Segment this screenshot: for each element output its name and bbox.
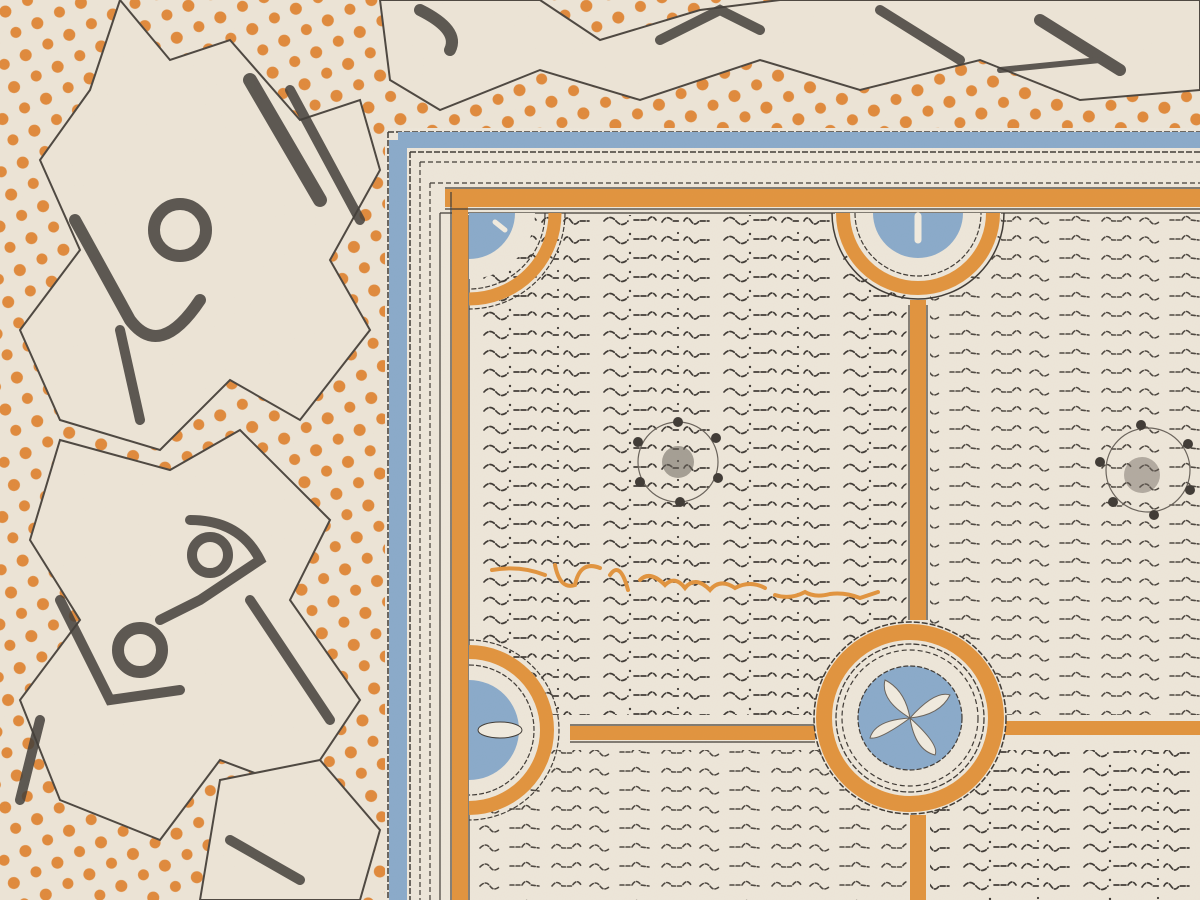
paper-grain: [0, 0, 1200, 900]
manuscript-illustration: [0, 0, 1200, 900]
manuscript-photo: Manuscript page detail with orange-dotte…: [0, 0, 1200, 900]
